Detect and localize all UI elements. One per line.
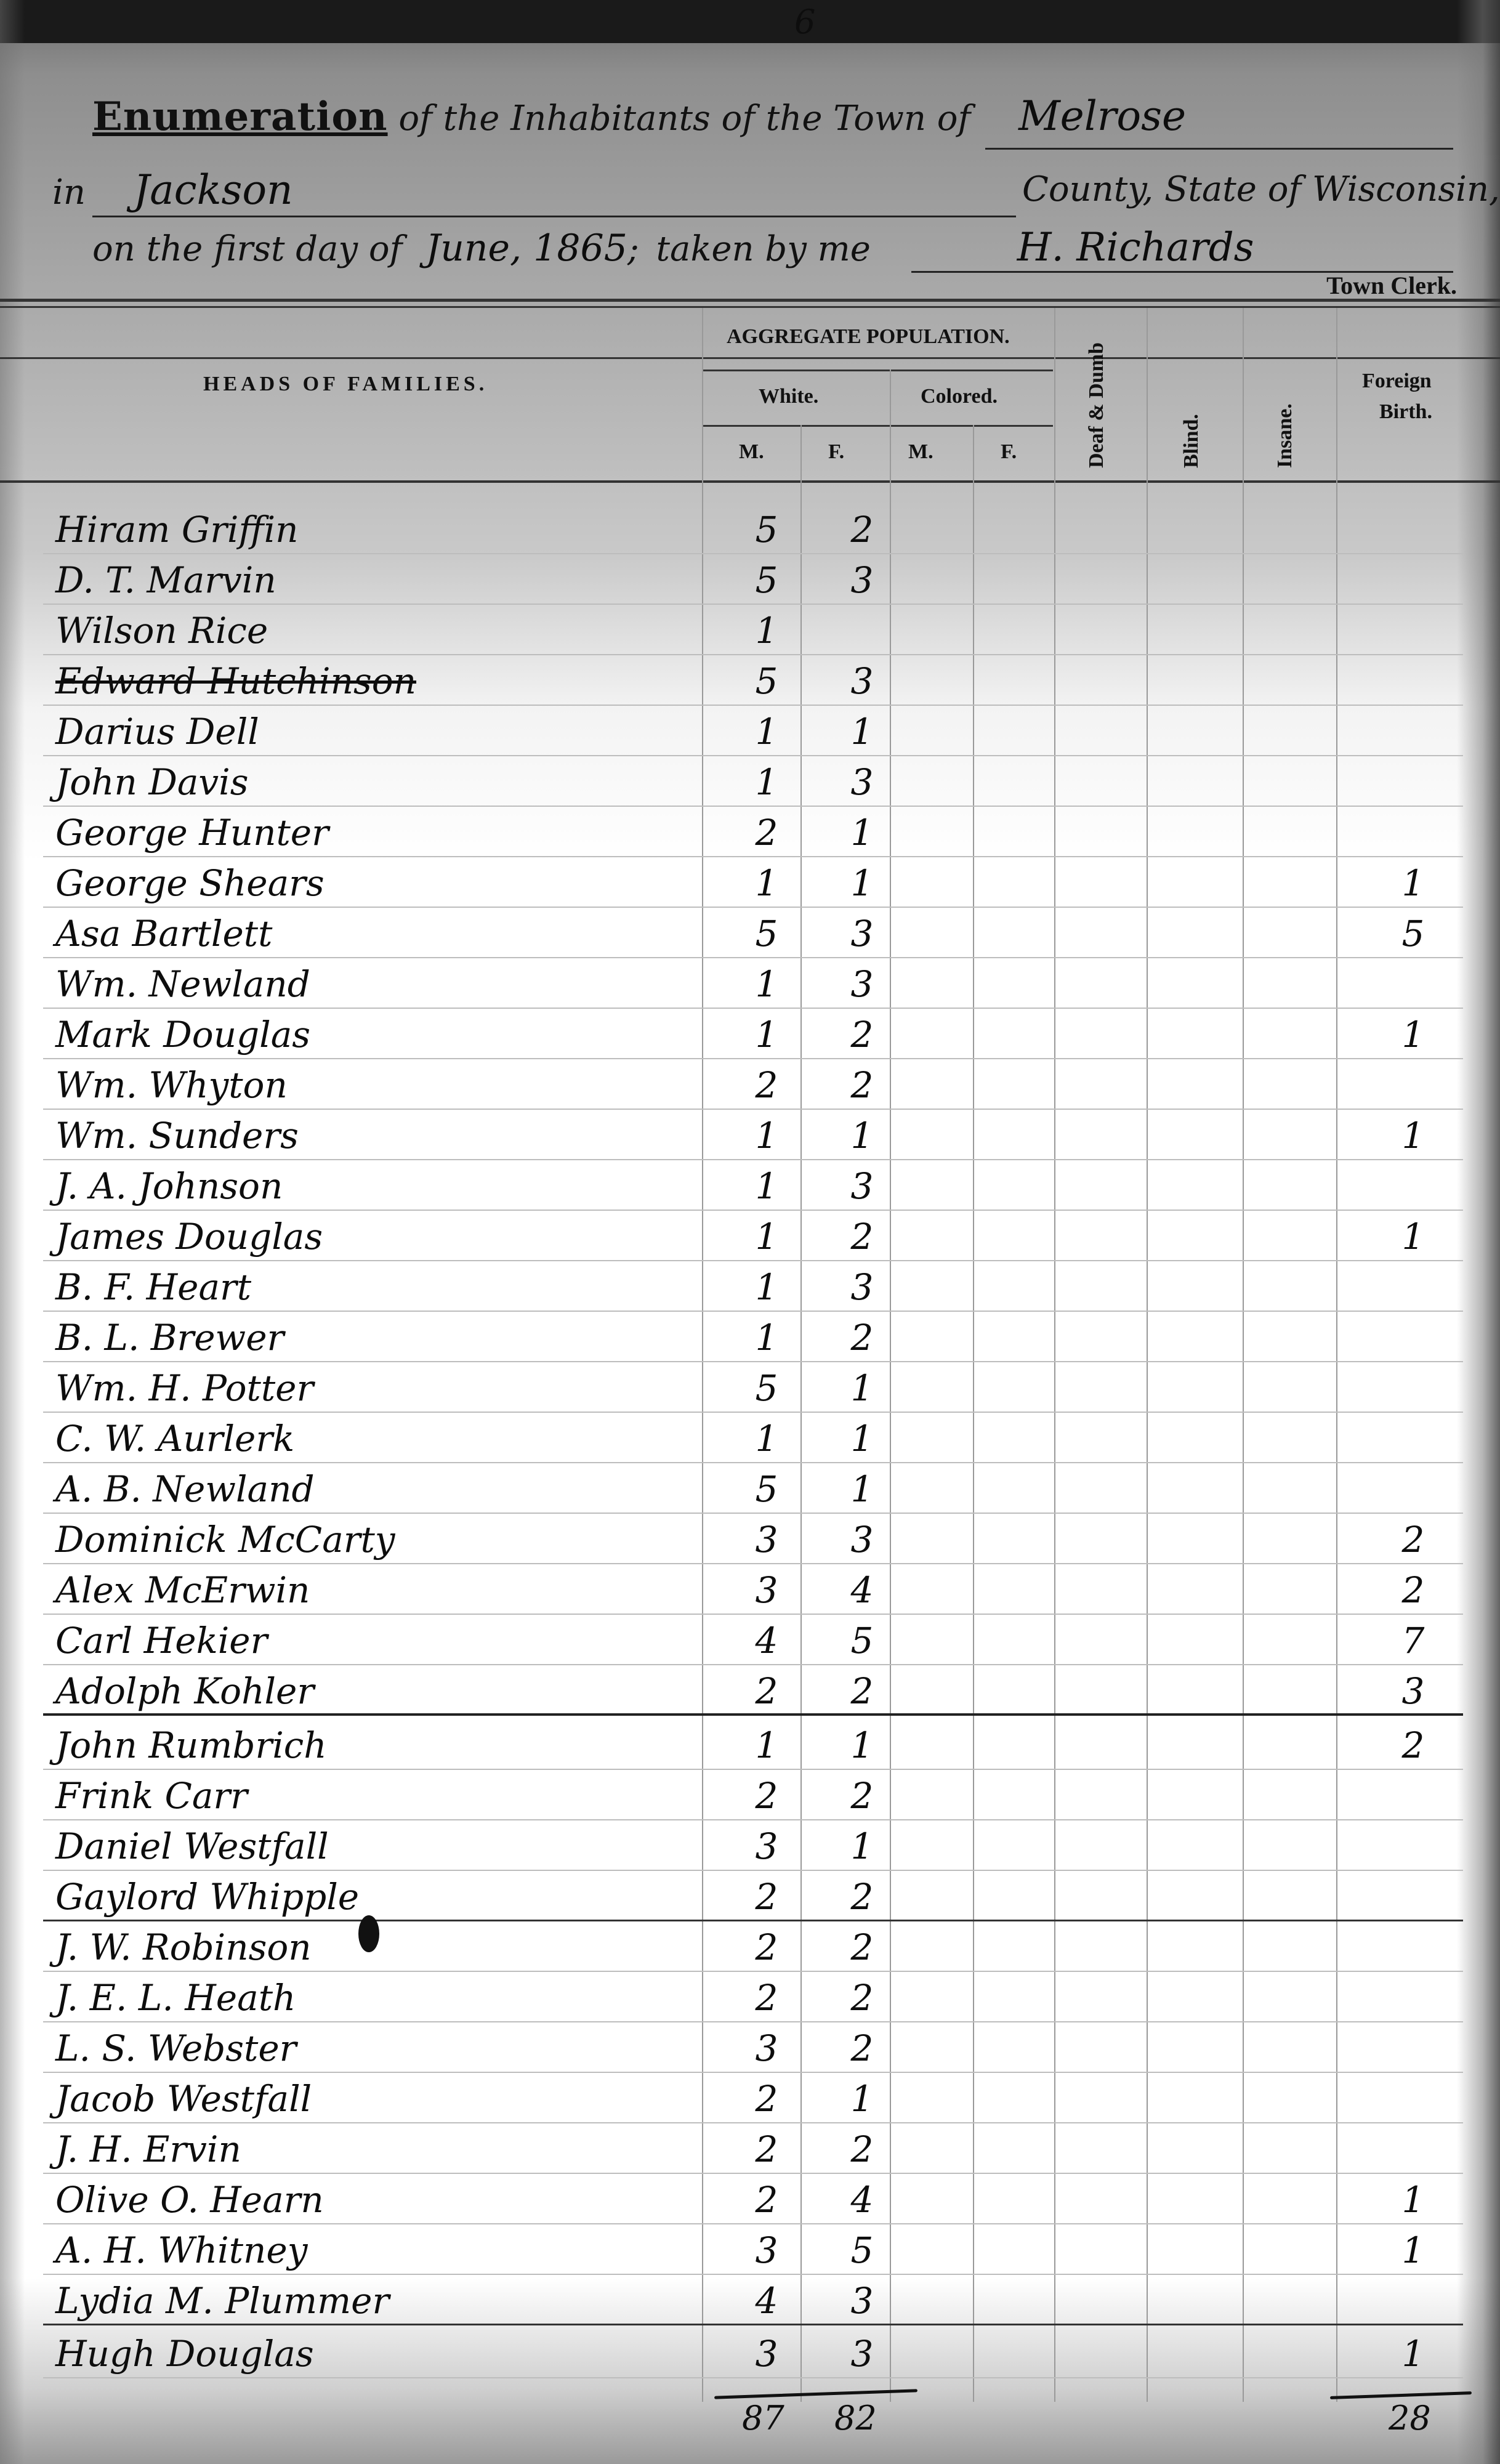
white-male-count: 1	[748, 1418, 785, 1460]
total-white-male: 87	[742, 2399, 784, 2438]
head-of-family: A. B. Newland	[55, 1468, 315, 1510]
foreign-birth-count: 2	[1395, 1724, 1432, 1766]
header-rule	[0, 299, 1500, 302]
form-title-rest: of the Inhabitants of the Town of	[398, 99, 970, 139]
white-header: White.	[759, 385, 818, 408]
census-date: June, 1865	[425, 227, 627, 270]
family-row: Lydia M. Plummer43	[0, 2274, 1500, 2325]
county-underline	[92, 216, 1016, 217]
family-row: Gaylord Whipple22	[0, 1870, 1500, 1921]
family-row: B. L. Brewer12	[0, 1311, 1500, 1362]
white-male-count: 2	[748, 2078, 785, 2120]
white-male-count: 2	[748, 1977, 785, 2019]
head-of-family: Wm. Sunders	[55, 1115, 299, 1157]
family-row: L. S. Webster32	[0, 2021, 1500, 2073]
family-row: Darius Dell11	[0, 705, 1500, 756]
family-row: Wm. H. Potter51	[0, 1361, 1500, 1413]
head-of-family: D. T. Marvin	[55, 559, 276, 601]
foreign-birth-count: 1	[1395, 1115, 1432, 1157]
family-row: Hiram Griffin52	[0, 503, 1500, 554]
totals-row: 87 82 28	[0, 2399, 1500, 2448]
white-male-count: 1	[748, 761, 785, 803]
scan-border	[0, 0, 1500, 43]
white-male-count: 5	[748, 1367, 785, 1409]
insane-header: Insane.	[1273, 403, 1297, 468]
white-male-count: 2	[748, 812, 785, 854]
white-female-count: 3	[844, 2333, 881, 2375]
white-female-count: 3	[844, 660, 881, 702]
family-row: Wm. Whyton22	[0, 1058, 1500, 1110]
white-female-count: 2	[844, 1876, 881, 1918]
form-title: Enumeration	[92, 94, 388, 140]
foreign-birth-count: 5	[1395, 913, 1432, 955]
white-female-count: 4	[844, 2179, 881, 2221]
family-row: Adolph Kohler223	[0, 1664, 1500, 1716]
white-female-count: 3	[844, 1519, 881, 1561]
foreign-birth-count: 3	[1395, 1670, 1432, 1712]
date-prefix: on the first day of	[92, 229, 402, 269]
white-male-count: 1	[748, 711, 785, 753]
white-male-count: 5	[748, 660, 785, 702]
town-name: Melrose	[1018, 92, 1186, 140]
head-of-family: Frink Carr	[55, 1775, 248, 1817]
head-of-family: Carl Hekier	[55, 1620, 267, 1662]
family-row: Carl Hekier457	[0, 1614, 1500, 1665]
family-row: Wilson Rice1	[0, 604, 1500, 655]
head-of-family: Hugh Douglas	[55, 2333, 314, 2375]
white-male-count: 5	[748, 559, 785, 601]
white-female-count: 3	[844, 1165, 881, 1207]
head-of-family: C. W. Aurlerk	[55, 1418, 294, 1460]
aggregate-population-header: AGGREGATE POPULATION.	[727, 325, 1010, 349]
white-female-count: 1	[844, 2078, 881, 2120]
white-female-count: 2	[844, 2128, 881, 2170]
white-male-count: 3	[748, 2333, 785, 2375]
white-male-count: 1	[748, 1165, 785, 1207]
head-of-family: George Shears	[55, 862, 325, 904]
county-prefix: in	[52, 172, 86, 212]
family-row: Edward Hutchinson53	[0, 654, 1500, 706]
title-line: Enumeration of the Inhabitants of the To…	[92, 92, 1186, 140]
foreign-birth-count: 1	[1395, 862, 1432, 904]
white-male-count: 2	[748, 1775, 785, 1817]
white-female-count: 5	[844, 1620, 881, 1662]
population-subrule	[702, 425, 1053, 427]
white-female-count: 3	[844, 2280, 881, 2322]
white-male-count: 3	[748, 2229, 785, 2271]
head-of-family: A. H. Whitney	[55, 2229, 307, 2271]
family-row: Wm. Newland13	[0, 957, 1500, 1009]
white-female-count: 2	[844, 1317, 881, 1359]
white-male-count: 3	[748, 1569, 785, 1611]
foreign-birth-count: 7	[1395, 1620, 1432, 1662]
head-of-family: Daniel Westfall	[55, 1825, 329, 1867]
county-name: Jackson	[134, 166, 293, 214]
taken-by: taken by me	[656, 229, 871, 269]
white-male-count: 3	[748, 1519, 785, 1561]
white-male-count: 1	[748, 1724, 785, 1766]
white-male-count: 1	[748, 1266, 785, 1308]
head-of-family: James Douglas	[55, 1216, 323, 1258]
head-of-family: Mark Douglas	[55, 1014, 310, 1056]
heads-of-families-header: HEADS OF FAMILIES.	[203, 373, 488, 396]
head-of-family: Wm. H. Potter	[55, 1367, 313, 1409]
white-female-count: 2	[844, 1216, 881, 1258]
head-of-family: Gaylord Whipple	[55, 1876, 359, 1918]
head-of-family: Lydia M. Plummer	[55, 2280, 389, 2322]
white-female-count: 1	[844, 1825, 881, 1867]
totals-underline	[714, 2389, 917, 2399]
white-female-count: 1	[844, 862, 881, 904]
head-of-family: Dominick McCarty	[55, 1519, 395, 1561]
white-female-count: 2	[844, 1926, 881, 1968]
row-rule	[43, 2324, 1463, 2325]
county-line: in Jackson	[52, 166, 293, 214]
white-female-header: F.	[828, 440, 844, 464]
white-male-count: 4	[748, 2280, 785, 2322]
family-row: Frink Carr22	[0, 1769, 1500, 1820]
family-row: James Douglas121	[0, 1210, 1500, 1261]
white-female-count: 2	[844, 1775, 881, 1817]
row-rule	[43, 1713, 1463, 1716]
family-row: Mark Douglas121	[0, 1008, 1500, 1059]
ink-blot	[358, 1915, 379, 1952]
head-of-family: Wilson Rice	[55, 610, 268, 652]
family-row: George Hunter21	[0, 806, 1500, 857]
white-female-count: 1	[844, 1724, 881, 1766]
foreign-birth-count: 1	[1395, 2179, 1432, 2221]
white-female-count: 2	[844, 1670, 881, 1712]
white-male-count: 2	[748, 1670, 785, 1712]
white-male-header: M.	[739, 440, 764, 464]
white-male-count: 1	[748, 1014, 785, 1056]
white-female-count: 3	[844, 559, 881, 601]
white-female-count: 3	[844, 963, 881, 1005]
white-male-count: 2	[748, 2179, 785, 2221]
white-female-count: 5	[844, 2229, 881, 2271]
family-row: C. W. Aurlerk11	[0, 1412, 1500, 1463]
white-male-count: 5	[748, 913, 785, 955]
white-male-count: 4	[748, 1620, 785, 1662]
head-of-family: Hiram Griffin	[55, 509, 298, 551]
white-female-count: 2	[844, 1014, 881, 1056]
head-of-family: J. W. Robinson	[55, 1926, 312, 1968]
row-rule	[43, 2377, 1463, 2378]
foreign-birth-count: 2	[1395, 1569, 1432, 1611]
white-female-count: 2	[844, 1064, 881, 1106]
white-male-count: 2	[748, 1926, 785, 1968]
family-row: Dominick McCarty332	[0, 1513, 1500, 1564]
clerk-label: Town Clerk.	[1326, 271, 1457, 300]
head-of-family: Alex McErwin	[55, 1569, 310, 1611]
white-female-count: 1	[844, 711, 881, 753]
white-female-count: 1	[844, 1115, 881, 1157]
head-of-family: B. F. Heart	[55, 1266, 251, 1308]
family-row: John Davis13	[0, 755, 1500, 807]
white-male-count: 1	[748, 610, 785, 652]
population-subrule	[702, 370, 1053, 371]
head-of-family: Wm. Newland	[55, 963, 310, 1005]
head-of-family: John Rumbrich	[55, 1724, 327, 1766]
foreign-birth-count: 1	[1395, 1216, 1432, 1258]
white-female-count: 1	[844, 1418, 881, 1460]
white-male-count: 1	[748, 963, 785, 1005]
family-row: Asa Bartlett535	[0, 907, 1500, 958]
foreign-birth-count: 2	[1395, 1519, 1432, 1561]
total-foreign-birth: 28	[1389, 2399, 1431, 2438]
family-row: Hugh Douglas331	[0, 2327, 1500, 2378]
head-of-family: George Hunter	[55, 812, 329, 854]
page-number: 6	[794, 2, 815, 41]
white-male-count: 2	[748, 1876, 785, 1918]
family-row: Daniel Westfall31	[0, 1819, 1500, 1871]
white-female-count: 1	[844, 1468, 881, 1510]
white-male-count: 1	[748, 1216, 785, 1258]
white-female-count: 1	[844, 1367, 881, 1409]
head-of-family: Edward Hutchinson	[55, 660, 416, 702]
white-male-count: 1	[748, 862, 785, 904]
family-row: B. F. Heart13	[0, 1260, 1500, 1312]
head-of-family: J. A. Johnson	[55, 1165, 283, 1207]
family-row: Jacob Westfall21	[0, 2072, 1500, 2123]
head-of-family: Jacob Westfall	[55, 2078, 312, 2120]
head-of-family: John Davis	[55, 761, 248, 803]
white-female-count: 3	[844, 1266, 881, 1308]
white-female-count: 4	[844, 1569, 881, 1611]
census-page: 6 Enumeration of the Inhabitants of the …	[0, 0, 1500, 2464]
family-row: A. B. Newland51	[0, 1462, 1500, 1514]
colored-male-header: M.	[908, 440, 933, 464]
family-row: John Rumbrich112	[0, 1718, 1500, 1770]
head-of-family: J. H. Ervin	[55, 2128, 241, 2170]
white-female-count: 3	[844, 761, 881, 803]
head-of-family: L. S. Webster	[55, 2027, 296, 2069]
white-female-count: 2	[844, 509, 881, 551]
total-white-female: 82	[834, 2399, 877, 2438]
foreign-birth-count: 1	[1395, 2229, 1432, 2271]
town-underline	[985, 148, 1453, 150]
white-male-count: 5	[748, 509, 785, 551]
colored-header: Colored.	[921, 385, 998, 408]
head-of-family: Asa Bartlett	[55, 913, 272, 955]
family-row: J. W. Robinson22	[0, 1920, 1500, 1972]
header-rule	[0, 480, 1500, 483]
header-rule	[0, 357, 1500, 359]
family-row: D. T. Marvin53	[0, 553, 1500, 605]
family-row: J. A. Johnson13	[0, 1159, 1500, 1211]
white-male-count: 2	[748, 1064, 785, 1106]
white-male-count: 1	[748, 1115, 785, 1157]
white-female-count: 1	[844, 812, 881, 854]
white-male-count: 2	[748, 2128, 785, 2170]
family-row: Wm. Sunders111	[0, 1109, 1500, 1160]
head-of-family: Wm. Whyton	[55, 1064, 288, 1106]
family-row: A. H. Whitney351	[0, 2223, 1500, 2275]
head-of-family: J. E. L. Heath	[55, 1977, 296, 2019]
blind-header: Blind.	[1180, 414, 1203, 468]
white-male-count: 1	[748, 1317, 785, 1359]
family-row: Olive O. Hearn241	[0, 2173, 1500, 2224]
date-line: on the first day of June, 1865; taken by…	[92, 225, 1254, 270]
family-row: Alex McErwin342	[0, 1563, 1500, 1615]
family-row: George Shears111	[0, 856, 1500, 908]
white-female-count: 2	[844, 2027, 881, 2069]
foreign-birth-count: 1	[1395, 2333, 1432, 2375]
head-of-family: Darius Dell	[55, 711, 259, 753]
family-row: J. H. Ervin22	[0, 2122, 1500, 2174]
colored-female-header: F.	[1001, 440, 1017, 464]
foreign-birth-header: Foreign	[1362, 370, 1432, 393]
county-suffix: County, State of Wisconsin,	[1022, 169, 1500, 209]
clerk-signature: H. Richards	[1017, 225, 1254, 270]
foreign-birth-header: Birth.	[1379, 400, 1432, 424]
white-male-count: 5	[748, 1468, 785, 1510]
head-of-family: Olive O. Hearn	[55, 2179, 324, 2221]
header-rule	[0, 306, 1500, 308]
deaf-dumb-header: Deaf & Dumb	[1085, 342, 1108, 468]
white-male-count: 3	[748, 2027, 785, 2069]
white-female-count: 2	[844, 1977, 881, 2019]
white-female-count: 3	[844, 913, 881, 955]
white-male-count: 3	[748, 1825, 785, 1867]
family-row: J. E. L. Heath22	[0, 1971, 1500, 2022]
head-of-family: B. L. Brewer	[55, 1317, 284, 1359]
head-of-family: Adolph Kohler	[55, 1670, 314, 1712]
foreign-birth-count: 1	[1395, 1014, 1432, 1056]
